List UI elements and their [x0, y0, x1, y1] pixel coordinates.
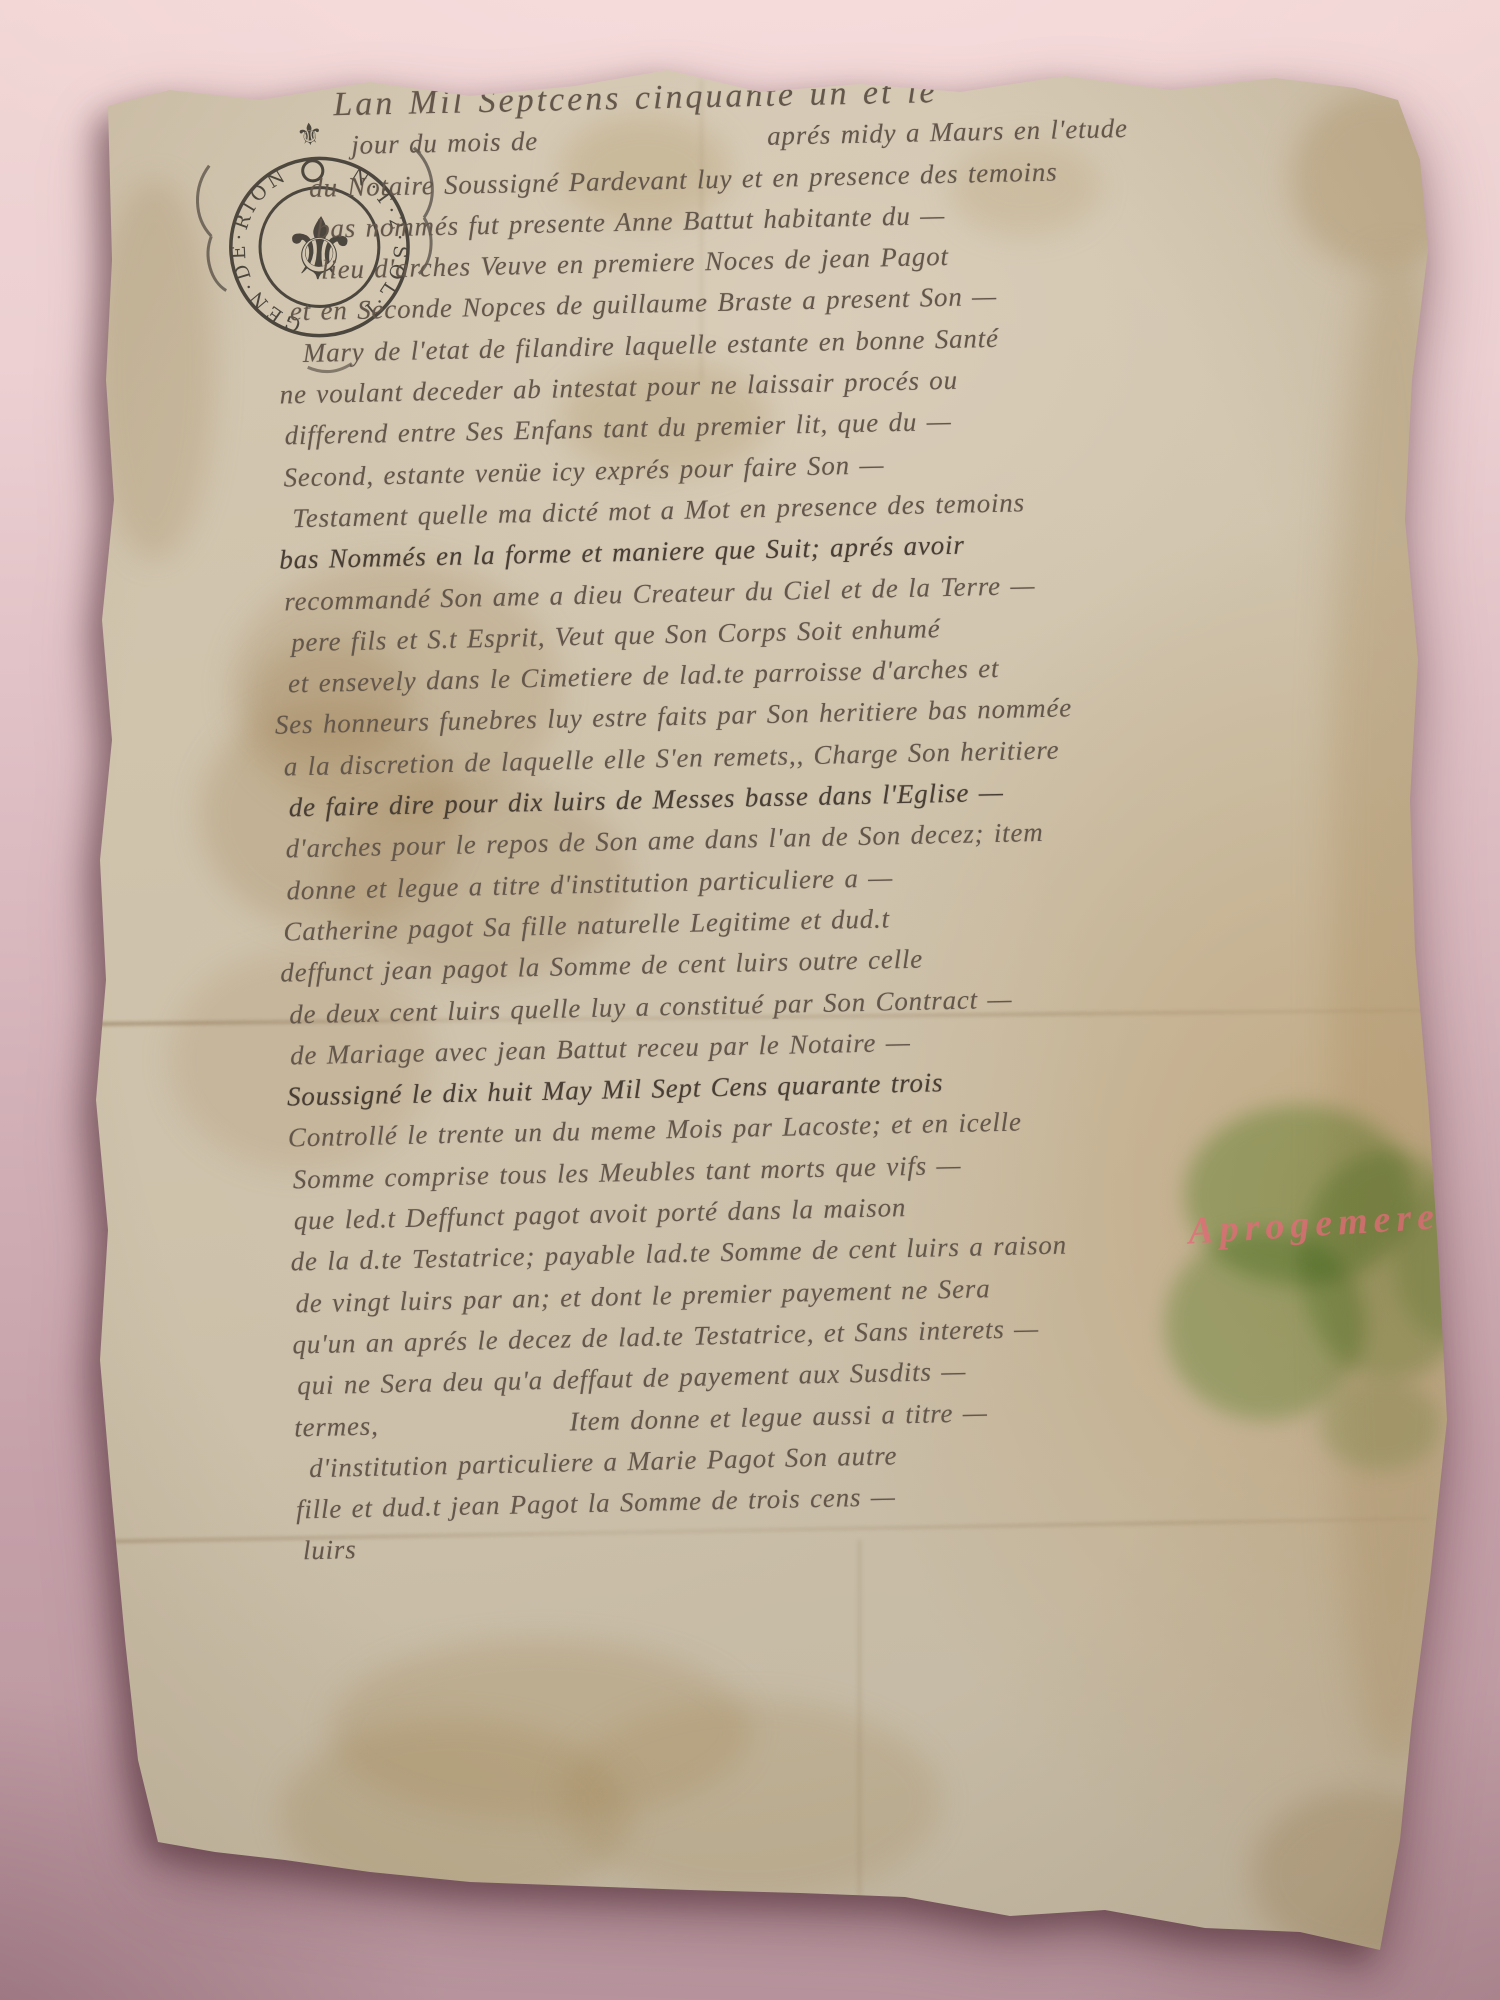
photo-of-manuscript: ⚜ ⚜ GEN·DE·RION N·T·2·SOL·I Lan Mil Sept…: [0, 0, 1500, 2000]
stamp-left-flourish: [194, 165, 226, 292]
watermark-blob: [1300, 1150, 1480, 1380]
stain: [1290, 90, 1470, 270]
paper-shadow-wrapper: ⚜ ⚜ GEN·DE·RION N·T·2·SOL·I Lan Mil Sept…: [0, 0, 1500, 2000]
stain: [1250, 1790, 1470, 1960]
manuscript-paper: ⚜ ⚜ GEN·DE·RION N·T·2·SOL·I Lan Mil Sept…: [0, 0, 1500, 2000]
fold-crease: [858, 1540, 861, 1900]
manuscript-text: Lan Mil Septcens cinquante un et lejour …: [255, 66, 1207, 1572]
stain: [560, 1700, 940, 1900]
watermark-blob: [1320, 1380, 1440, 1470]
